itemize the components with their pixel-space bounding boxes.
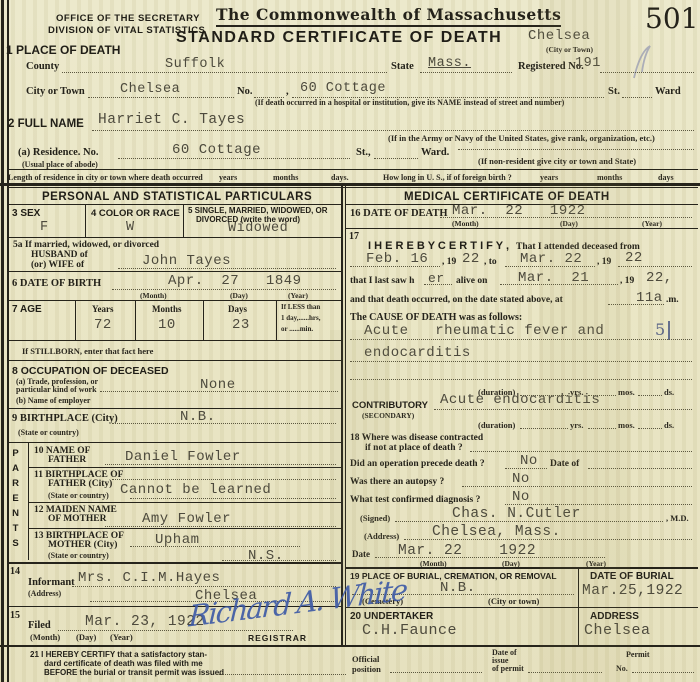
age-less1: If LESS than	[281, 303, 320, 311]
husband-label1: 5a If married, widowed, or divorced	[13, 240, 159, 250]
city-or-town-caption: (City or town)	[488, 596, 539, 606]
undertaker-label: 20 UNDERTAKER	[350, 611, 433, 622]
rule	[28, 528, 341, 529]
parents-divider	[28, 442, 29, 560]
residence-value: 60 Cottage	[172, 142, 261, 158]
dotted-rule	[440, 217, 692, 218]
city-label: City or Town	[26, 86, 85, 97]
cell-divider	[276, 300, 277, 340]
dotted-rule	[608, 304, 664, 305]
personal-heading: PERSONAL AND STATISTICAL PARTICULARS	[42, 191, 312, 203]
column-divider	[341, 185, 343, 645]
race-label: 4 COLOR OR RACE	[91, 208, 180, 219]
md-label: , M.D.	[666, 513, 689, 523]
saw-19-label: , 19	[620, 276, 634, 286]
father-bp-label2: FATHER (City)	[48, 479, 112, 489]
occurred-label: and that death occurred, on the date sta…	[350, 295, 563, 305]
registrar-label: REGISTRAR	[248, 633, 307, 643]
operation-date-label: Date of	[550, 459, 579, 469]
age-months-value: 10	[158, 317, 176, 333]
dob-cap-day: (Day)	[230, 291, 248, 300]
fullname-label: 2 FULL NAME	[8, 118, 84, 130]
mother-bp-sub: (State or country)	[48, 551, 109, 560]
age-less3: or ......min.	[281, 325, 313, 333]
filed-cap-year: (Year)	[110, 632, 133, 642]
age-days-value: 23	[232, 317, 250, 333]
dotted-rule	[105, 464, 336, 465]
burial-date-value: Mar.25,1922	[582, 583, 683, 599]
dotted-rule	[600, 72, 694, 73]
father-bp-sub: (State or country)	[48, 491, 109, 500]
dotted-rule	[632, 672, 694, 673]
cause-line1: Acute rheumatic fever and	[364, 323, 604, 339]
dotted-rule	[375, 557, 605, 558]
dotted-rule	[118, 268, 336, 269]
residence-ward-label: Ward.	[421, 147, 449, 158]
official-label2: position	[352, 664, 381, 674]
informant-label: Informant	[28, 577, 75, 588]
dotted-rule	[216, 674, 346, 675]
sec17-num: 17	[349, 231, 359, 242]
q18-line1: 18 Where was disease contracted	[350, 433, 483, 443]
filed-value: Mar. 23, 1922	[85, 614, 205, 630]
cell-divider	[75, 300, 76, 340]
duration2-yrs: yrs.	[570, 420, 583, 430]
q18-line2: if not at place of death ?	[365, 443, 463, 453]
official-label1: Official	[352, 654, 379, 664]
footer-certify1: 21 I HEREBY CERTIFY that a satisfactory …	[30, 650, 207, 659]
pen-mark	[620, 42, 656, 82]
dotted-rule	[520, 428, 568, 429]
state-value: Mass.	[428, 56, 471, 71]
age-years-value: 72	[94, 317, 112, 333]
duration2-mos: mos.	[618, 420, 635, 430]
test-answer: No	[512, 489, 530, 505]
length-years2: years	[540, 173, 558, 182]
rule	[7, 237, 341, 238]
dotted-rule	[130, 498, 336, 499]
father-label2: FATHER	[48, 455, 86, 465]
father-value: Daniel Fowler	[125, 449, 241, 465]
dotted-rule	[350, 339, 692, 340]
dotted-rule	[505, 504, 692, 505]
page-number: 501	[645, 2, 698, 35]
dotted-rule	[105, 526, 336, 527]
rule	[7, 562, 341, 564]
dotted-rule	[462, 486, 692, 487]
duration2-ds: ds.	[664, 420, 674, 430]
dotted-rule	[395, 521, 663, 522]
footer-certify2: dard certificate of death was filed with…	[44, 659, 203, 668]
cause-margin-mark: 5	[655, 320, 665, 339]
cell-divider	[85, 204, 86, 237]
length-months2: months	[597, 173, 622, 182]
dotted-rule	[130, 546, 300, 547]
city-value: Chelsea	[120, 82, 180, 97]
to-label: , to	[484, 257, 497, 267]
cell-divider	[135, 300, 136, 340]
duration-mos: mos.	[618, 387, 635, 397]
dob-cap-month: (Month)	[140, 291, 167, 300]
operation-question: Did an operation precede death ?	[350, 459, 485, 469]
dotted-rule	[58, 630, 293, 631]
parents-side-label: PARENTS	[10, 448, 21, 558]
dotted-rule	[92, 130, 694, 131]
rule	[7, 169, 698, 170]
employer-label: (b) Name of employer	[16, 396, 90, 405]
residence-sub: (Usual place of abode)	[22, 160, 98, 169]
rule	[7, 408, 341, 409]
length-us-label: How long in U. S., if of foreign birth ?	[383, 173, 512, 182]
informant-value: Mrs. C.I.M.Hayes	[78, 570, 220, 586]
rule	[0, 183, 700, 186]
dotted-rule	[390, 672, 482, 673]
m-label: .m.	[666, 295, 679, 305]
dob-value: Apr. 27 1849	[168, 273, 302, 289]
duration2-label: (duration)	[478, 420, 515, 430]
ward-label: Ward	[655, 86, 681, 97]
hospital-note: (If death occurred in a hospital or inst…	[255, 98, 564, 107]
dotted-rule	[112, 479, 336, 480]
attended-from-date: Feb. 16	[366, 251, 428, 267]
rule	[7, 340, 341, 341]
dotted-rule	[638, 395, 662, 396]
signed-label: (Signed)	[360, 513, 390, 523]
dotted-rule	[112, 423, 336, 424]
state-label: State	[391, 61, 414, 72]
dotted-rule	[470, 451, 692, 452]
county-label: County	[26, 61, 59, 72]
dotted-rule	[588, 428, 616, 429]
from-yy: 22	[462, 251, 480, 267]
dotted-rule	[424, 284, 452, 285]
autopsy-answer: No	[512, 471, 530, 487]
dotted-rule	[100, 391, 338, 392]
dotted-rule	[88, 97, 234, 98]
commonwealth-title: The Commonwealth of Massachusetts	[216, 5, 561, 27]
age-months-header: Months	[152, 304, 182, 314]
rule	[346, 567, 698, 569]
rule	[0, 645, 700, 647]
rule	[346, 228, 698, 229]
dotted-rule	[528, 672, 602, 673]
dob-cap-year: (Year)	[288, 291, 308, 300]
certificate-title: STANDARD CERTIFICATE OF DEATH	[176, 29, 502, 47]
permit-label2: No.	[616, 664, 628, 673]
registered-value: 191	[575, 56, 601, 71]
residence-st-label: St.,	[356, 147, 371, 158]
office-line1: OFFICE OF THE SECRETARY	[56, 13, 200, 24]
marital-label1: 5 SINGLE, MARRIED, WIDOWED, OR	[188, 206, 328, 215]
length-years: years	[219, 173, 237, 182]
binding-rule	[7, 0, 9, 682]
comma: ,	[286, 86, 289, 97]
dod-cap-day: (Day)	[560, 219, 578, 228]
physician-addr-value: Chelsea, Mass.	[432, 524, 561, 540]
test-question: What test confirmed diagnosis ?	[350, 495, 480, 505]
dotted-rule	[458, 149, 694, 150]
dod-cap-month: (Month)	[452, 219, 479, 228]
age-label: 7 AGE	[12, 304, 42, 315]
rule	[7, 300, 341, 301]
sex-value: F	[40, 220, 49, 235]
occupation-a2: particular kind of work	[16, 385, 97, 394]
cause-label: The CAUSE OF DEATH was as follows:	[350, 312, 522, 323]
cell-divider	[578, 567, 579, 645]
rule	[28, 467, 341, 468]
dotted-rule	[350, 266, 440, 267]
mother-value: Amy Fowler	[142, 511, 231, 527]
operation-answer: No	[520, 453, 538, 469]
dotted-rule	[118, 158, 350, 159]
permit-label1: Permit	[626, 650, 650, 659]
dotted-rule	[62, 72, 387, 73]
husband-value: John Tayes	[142, 253, 231, 269]
physician-date-label: Date	[352, 549, 370, 559]
undertaker-addr-value: Chelsea	[584, 622, 651, 639]
rule	[28, 502, 341, 503]
signed-value: Chas. N.Cutler	[452, 506, 581, 522]
army-note: (If in the Army or Navy of the United St…	[388, 133, 655, 143]
father-bp-value: Cannot be learned	[120, 482, 271, 498]
rule	[7, 187, 698, 188]
dotted-rule	[622, 97, 652, 98]
birthplace-sub: (State or country)	[18, 428, 79, 437]
town-typed: Chelsea	[528, 28, 590, 44]
cause-margin-stroke	[668, 321, 670, 340]
rule	[7, 360, 341, 361]
filed-cap-day: (Day)	[76, 632, 96, 642]
husband-label2: HUSBAND of	[31, 250, 88, 260]
undertaker-addr-label: ADDRESS	[590, 611, 639, 622]
dotted-rule	[404, 539, 692, 540]
death-certificate: OFFICE OF THE SECRETARY DIVISION OF VITA…	[0, 0, 700, 682]
rule	[7, 442, 341, 443]
registered-label: Registered No.	[518, 61, 584, 72]
informant-addr-label: (Address)	[28, 589, 61, 598]
length-months: months	[273, 173, 298, 182]
no-label: No.	[237, 86, 252, 97]
dotted-rule	[505, 266, 595, 267]
to-yy: 22	[625, 250, 643, 266]
issue-label3: of permit	[492, 664, 524, 673]
length-days: days.	[331, 173, 349, 182]
contributory-value: Acute endocarditis	[440, 392, 600, 408]
duration-ds: ds.	[664, 387, 674, 397]
from-19-label: , 19	[442, 257, 456, 267]
dotted-rule	[420, 72, 512, 73]
street-value: 60 Cottage	[300, 81, 386, 96]
contributory-label: CONTRIBUTORY	[352, 400, 428, 411]
dotted-rule	[505, 468, 547, 469]
race-value: W	[126, 220, 135, 235]
medical-heading: MEDICAL CERTIFICATE OF DEATH	[404, 191, 610, 203]
age-less2: 1 day,......hrs,	[281, 314, 320, 322]
dotted-rule	[350, 379, 692, 380]
st-label: St.	[608, 86, 620, 97]
age-years-header: Years	[92, 304, 114, 314]
husband-label3: (or) WIFE of	[31, 260, 84, 270]
dotted-rule	[350, 361, 692, 362]
birthplace-label: 9 BIRTHPLACE (City)	[12, 413, 118, 424]
dob-label: 6 DATE OF BIRTH	[12, 278, 101, 289]
dotted-rule	[638, 428, 662, 429]
dod-cap-year: (Year)	[642, 219, 662, 228]
column-divider	[345, 185, 346, 645]
occupation-label: 8 OCCUPATION OF DECEASED	[12, 365, 169, 377]
marital-value: Widowed	[228, 221, 288, 236]
county-value: Suffolk	[165, 57, 225, 72]
length-days2: days	[658, 173, 674, 182]
length-label: Length of residence in city or town wher…	[8, 173, 203, 182]
saw-yy: 22,	[646, 270, 673, 286]
burial-date-label: DATE OF BURIAL	[590, 571, 674, 582]
fullname-value: Harriet C. Tayes	[98, 112, 245, 128]
attended-to-date: Mar. 22	[520, 251, 582, 267]
saw-label2: alive on	[456, 276, 487, 286]
autopsy-question: Was there an autopsy ?	[350, 477, 444, 487]
dotted-rule	[618, 266, 692, 267]
cell-divider	[183, 204, 184, 237]
sex-label: 3 SEX	[12, 208, 40, 219]
cause-line2: endocarditis	[364, 345, 471, 361]
saw-label1: that I last saw h	[350, 276, 414, 286]
dod-label: 16 DATE OF DEATH	[350, 208, 448, 219]
binding-rule	[1, 0, 4, 682]
dotted-rule	[112, 289, 336, 290]
undertaker-value: C.H.Faunce	[362, 622, 457, 639]
dotted-rule	[588, 468, 692, 469]
dotted-rule	[434, 409, 692, 410]
footer-certify3: BEFORE the burial or transit permit was …	[44, 668, 224, 677]
filed-cap-month: (Month)	[30, 632, 60, 642]
stillborn-label: If STILLBORN, enter that fact here	[22, 346, 153, 356]
filed-num: 15	[10, 610, 20, 621]
cell-divider	[203, 300, 204, 340]
dotted-rule	[222, 560, 336, 561]
to-19-label: , 19	[597, 257, 611, 267]
secondary-label: (SECONDARY)	[362, 411, 414, 420]
dotted-rule	[500, 284, 618, 285]
place-heading: 1 PLACE OF DEATH	[6, 43, 120, 57]
nonresident-note: (If non-resident give city or town and S…	[478, 156, 636, 166]
age-days-header: Days	[228, 304, 247, 314]
dotted-rule	[374, 158, 418, 159]
mother-bp-label2: MOTHER (City)	[48, 540, 117, 550]
informant-num: 14	[10, 566, 20, 577]
rule	[7, 204, 341, 205]
town-caption: (City or Town)	[546, 45, 593, 54]
rule	[7, 271, 341, 272]
mother-label2: OF MOTHER	[48, 514, 107, 524]
physician-addr-label: (Address)	[364, 531, 399, 541]
residence-label: (a) Residence. No.	[18, 147, 98, 158]
filed-label: Filed	[28, 620, 51, 631]
